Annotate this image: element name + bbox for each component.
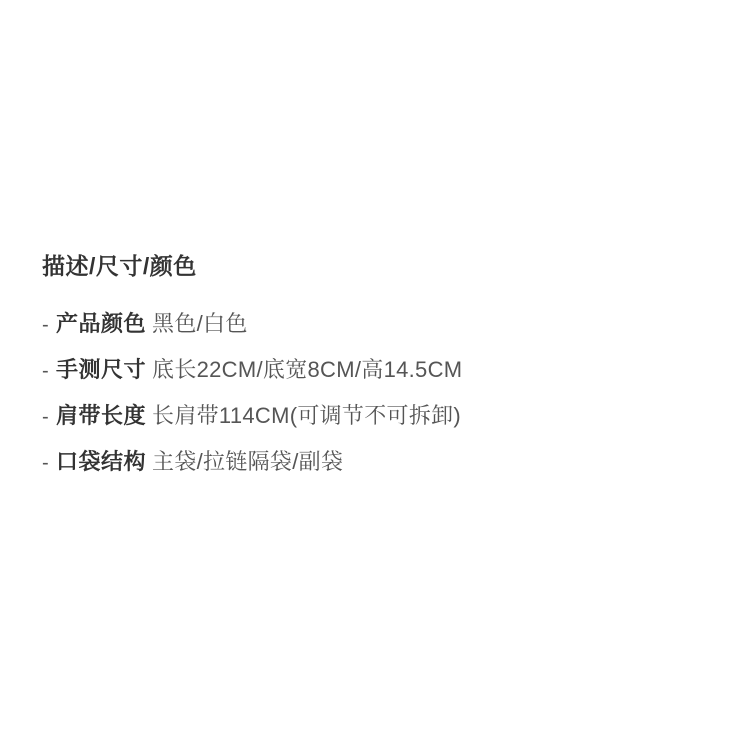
spec-value: 长肩带114CM(可调节不可拆卸) bbox=[152, 404, 461, 428]
spec-row-measured-size: - 手测尺寸 底长22CM/底宽8CM/高14.5CM bbox=[42, 358, 702, 382]
bullet-dash: - bbox=[42, 405, 56, 429]
spec-label: 手测尺寸 bbox=[56, 358, 146, 382]
bullet-dash: - bbox=[42, 451, 56, 475]
spec-value: 主袋/拉链隔袋/副袋 bbox=[152, 450, 343, 474]
spec-rows: - 产品颜色 黑色/白色 - 手测尺寸 底长22CM/底宽8CM/高14.5CM… bbox=[42, 312, 702, 474]
spec-label: 肩带长度 bbox=[56, 404, 146, 428]
section-title: 描述/尺寸/颜色 bbox=[42, 252, 702, 280]
spec-value: 底长22CM/底宽8CM/高14.5CM bbox=[152, 358, 462, 382]
bullet-dash: - bbox=[42, 359, 56, 383]
spec-label: 产品颜色 bbox=[56, 312, 146, 336]
product-detail-page: { "page": { "background_color": "#ffffff… bbox=[0, 0, 750, 750]
spec-value: 黑色/白色 bbox=[152, 312, 248, 336]
bullet-dash: - bbox=[42, 313, 56, 337]
spec-row-strap-length: - 肩带长度 长肩带114CM(可调节不可拆卸) bbox=[42, 404, 702, 428]
spec-row-product-color: - 产品颜色 黑色/白色 bbox=[42, 312, 702, 336]
spec-label: 口袋结构 bbox=[56, 450, 146, 474]
spec-row-pocket-structure: - 口袋结构 主袋/拉链隔袋/副袋 bbox=[42, 450, 702, 474]
spec-section: 描述/尺寸/颜色 - 产品颜色 黑色/白色 - 手测尺寸 底长22CM/底宽8C… bbox=[42, 252, 702, 496]
